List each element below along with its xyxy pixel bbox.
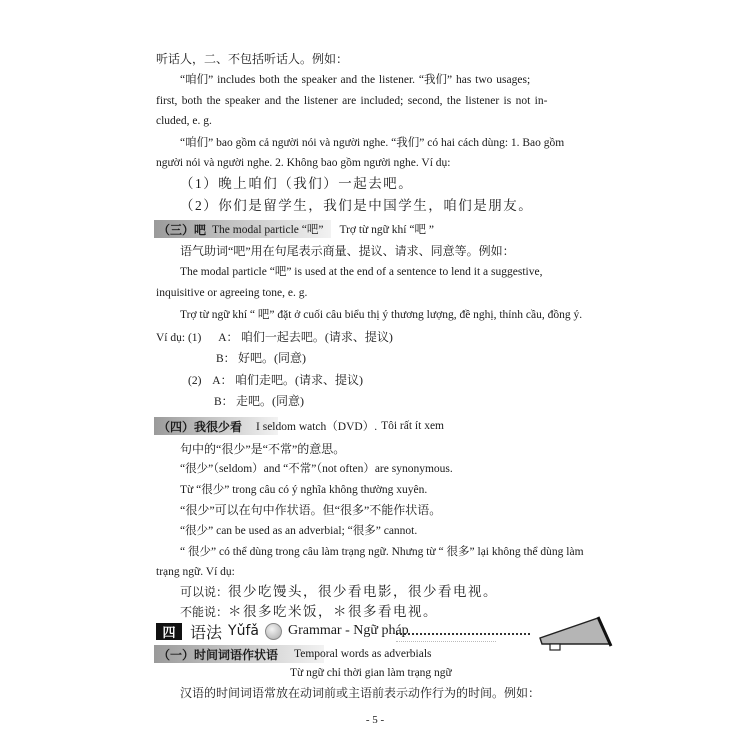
can-say-text: 很少吃馒头，很少看电影，很少看电视。 [228,584,498,599]
section-4-vi-1: “ 很少” có thể dùng trong câu làm trạng ng… [180,545,584,559]
section-3-example-1a: Ví dụ: (1) A： 咱们一起去吧。(请求、提议) [156,330,393,345]
grammar-pinyin: Yǔfǎ [228,623,259,639]
intro-line-1: 听话人，二、不包括听话人。例如： [156,52,348,66]
section-4-line-5: “很少” can be used as an adverbial; “很多” c… [180,524,417,538]
example-prefix: Ví dụ: (1) [156,332,201,344]
section-1-cn: 汉语的时间词语常放在动词前或主语前表示动作行为的时间。例如： [180,686,540,700]
grammar-heading: 四 语法 Yǔfǎ Grammar - Ngữ pháp [156,621,409,641]
intro-line-3: first, both the speaker and the listener… [156,94,547,108]
page-number: - 5 - [0,714,750,726]
grammar-title-en: Grammar - Ngữ pháp [288,623,409,639]
example-prefix: (2) [188,375,201,387]
section-4-vi-2: trạng ngữ. Ví dụ: [156,565,235,579]
intro-line-4: cluded, e. g. [156,114,212,128]
section-3-example-2a: (2) A： 咱们走吧。(请求、提议) [188,373,363,388]
dotted-leader-faint [396,641,496,642]
section-4-title-vi: Tôi rất ít xem [381,420,444,432]
section-4-line-1: 句中的“很少”是“不常”的意思。 [180,442,345,456]
megaphone-icon [536,614,618,656]
section-4-number: （四）我很少看 [158,418,242,435]
section-4-cannot-say: 不能说：＊很多吃米饭，＊很多看电视。 [180,605,438,620]
section-3-title-vi: Trợ từ ngữ khí “吧 ” [339,221,433,237]
intro-example-2: （2）你们是留学生，我们是中国学生，咱们是朋友。 [180,199,533,213]
circle-bullet-icon [265,623,282,640]
section-3-en-1: The modal particle “吧” is used at the en… [180,265,542,279]
section-3-example-1b: B： 好吧。(同意) [216,351,306,366]
example-speaker: B： [216,353,235,365]
section-3-example-2b: B： 走吧。(同意) [214,394,304,409]
can-say-label: 可以说： [180,585,228,599]
section-4-can-say: 可以说：很少吃馒头，很少看电影，很少看电视。 [180,585,498,600]
section-3-bar: （三）吧 The modal particle “吧” [154,220,331,238]
example-text: 咱们走吧。(请求、提议) [235,373,363,387]
section-4-line-3: Từ “很少” trong câu có ý nghĩa không thườn… [180,483,427,497]
section-4-heading: （四）我很少看 I seldom watch（DVD）. Tôi rất ít … [154,417,444,435]
example-text: 好吧。(同意) [238,351,306,365]
section-3-vi: Trợ từ ngữ khí “ 吧” đặt ở cuối câu biểu … [180,308,582,322]
section-1-title-en: Temporal words as adverbials [294,648,431,660]
cannot-say-label: 不能说： [180,605,228,619]
section-3-heading: （三）吧 The modal particle “吧” Trợ từ ngữ k… [154,220,434,238]
intro-line-2: “咱们” includes both the speaker and the l… [180,73,530,87]
grammar-number-box: 四 [156,623,182,640]
dotted-leader [396,633,530,635]
textbook-page: 听话人，二、不包括听话人。例如： “咱们” includes both the … [0,0,750,750]
section-1-heading: （一）时间词语作状语 Temporal words as adverbials [154,645,432,663]
section-3-title-en: The modal particle “吧” [212,221,323,237]
section-4-line-2: “很少”（seldom）and “不常”（not often）are synon… [180,462,453,476]
example-text: 咱们一起去吧。(请求、提议) [241,330,393,344]
cannot-say-text: ＊很多吃米饭，＊很多看电视。 [228,604,438,619]
example-speaker: A： [212,375,232,387]
example-speaker: B： [214,396,233,408]
section-4-line-4: “很少”可以在句中作状语。但“很多”不能作状语。 [180,503,441,517]
grammar-title-cn: 语法 [190,620,222,643]
example-speaker: A： [218,332,238,344]
intro-line-5: “咱们” bao gồm cả người nói và người nghe.… [180,136,564,150]
section-4-title-en: I seldom watch（DVD）. [256,418,377,434]
section-1-title-vi: Từ ngữ chỉ thời gian làm trạng ngữ [290,666,452,680]
intro-example-1: （1）晚上咱们（我们）一起去吧。 [180,177,413,191]
section-3-en-2: inquisitive or agreeing tone, e. g. [156,286,307,300]
section-1-number: （一）时间词语作状语 [158,646,278,663]
section-3-cn: 语气助词“吧”用在句尾表示商量、提议、请求、同意等。例如： [180,244,515,258]
example-text: 走吧。(同意) [236,394,304,408]
section-3-number: （三）吧 [158,221,206,238]
intro-line-6: người nói và người nghe. 2. Không bao gồ… [156,156,451,170]
